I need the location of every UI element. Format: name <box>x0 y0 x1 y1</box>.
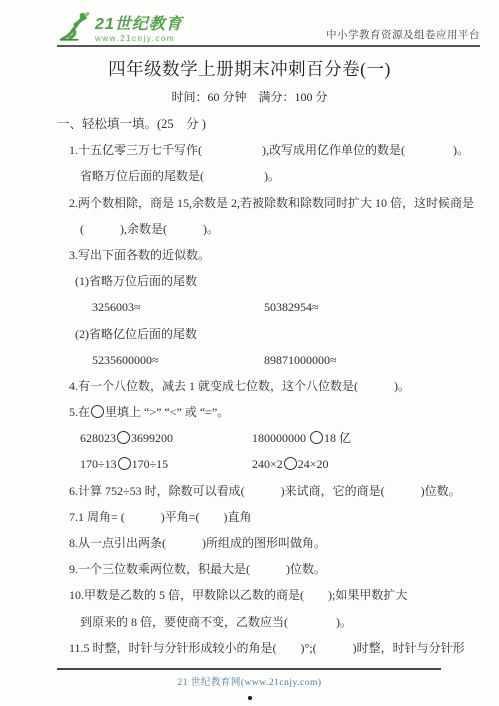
line-column: 180000000 18 亿 <box>252 431 351 445</box>
question-11: 11.5 时整，时针与分针形成较小的角是( )°;( )时整，时针与分针形 <box>57 635 485 661</box>
line-column: 4.有一个八位数，减去 1 就变成七位数，这个八位数是( )。 <box>69 379 410 393</box>
question-4: 4.有一个八位数，减去 1 就变成七位数，这个八位数是( )。 <box>57 373 485 399</box>
question-5-row2: 170÷13170÷15240×224×20 <box>57 451 485 477</box>
line-column: 240×224×20 <box>252 457 329 471</box>
brand-logo: 21世纪教育 www.21cnjy.com <box>57 10 183 44</box>
line-column: 2.两个数相除，商是 15,余数是 2,若被除数和除数同时扩大 10 倍，这时候… <box>69 196 474 210</box>
question-3-sub1: (1)省略万位后面的尾数 <box>57 268 485 294</box>
comparison-circle <box>310 431 323 444</box>
line-column: 7.1 周角= ( )平角=( )直角 <box>69 510 252 524</box>
line-column: (1)省略万位后面的尾数 <box>75 274 197 288</box>
line-column: 50382954≈ <box>264 300 319 314</box>
line-column: 8.从一点引出两条( )所组成的图形叫做角。 <box>69 536 326 550</box>
question-list: 一、轻松填一填。(25 分 )1.十五亿零三万七千写作( ),改写成用亿作单位的… <box>57 111 485 661</box>
line-column: 1.十五亿零三万七千写作( ),改写成用亿作单位的数是( )。 <box>69 143 469 157</box>
question-7: 7.1 周角= ( )平角=( )直角 <box>57 504 485 530</box>
question-10: 10.甲数是乙数的 5 倍，甲数除以乙数的商是( );如果甲数扩大 <box>57 582 485 608</box>
question-1-cont: 省略万位后面的尾数是( )。 <box>57 163 485 189</box>
platform-text: 中小学教育资源及组卷应用平台 <box>326 27 480 42</box>
footer-divider <box>57 668 441 670</box>
line-column: (2)省略亿位后面的尾数 <box>75 327 197 341</box>
brand-text-block: 21世纪教育 www.21cnjy.com <box>95 17 183 44</box>
exam-title: 四年级数学上册期末冲刺百分卷(一) <box>0 56 499 81</box>
comparison-circle <box>91 405 104 418</box>
line-column: 6.计算 752÷53 时，除数可以看成( )来试商，它的商是( )位数。 <box>69 484 461 498</box>
page-header: 21世纪教育 www.21cnjy.com 中小学教育资源及组卷应用平台 <box>57 9 480 47</box>
question-2: 2.两个数相除，商是 15,余数是 2,若被除数和除数同时扩大 10 倍，这时候… <box>57 190 485 216</box>
line-column: 5.在里填上 “>” “<” 或 “=”。 <box>69 405 229 419</box>
section-heading: 一、轻松填一填。(25 分 ) <box>57 111 485 137</box>
line-column: 11.5 时整，时针与分针形成较小的角是( )°;( )时整，时针与分针形 <box>69 641 465 655</box>
question-10-cont: 到原来的 8 倍，要使商不变，乙数应当( )。 <box>57 609 485 635</box>
line-column: ( ),余数是( )。 <box>80 222 219 236</box>
line-column: 89871000000≈ <box>264 353 337 367</box>
question-9: 9.一个三位数乘两位数，积最大是( )位数。 <box>57 556 485 582</box>
line-column: 9.一个三位数乘两位数，积最大是( )位数。 <box>69 562 326 576</box>
question-3-sub2: (2)省略亿位后面的尾数 <box>57 321 485 347</box>
line-column: 3.写出下面各数的近似数。 <box>69 248 210 262</box>
line-column: 3256003≈ <box>92 294 264 320</box>
runner-icon <box>57 10 93 44</box>
question-3-pair1: 3256003≈50382954≈ <box>57 294 485 320</box>
comparison-circle <box>284 457 297 470</box>
brand-name: 21世纪教育 <box>95 17 183 33</box>
brand-url: www.21cnjy.com <box>95 35 183 43</box>
line-column: 一、轻松填一填。(25 分 ) <box>57 117 206 131</box>
line-column: 10.甲数是乙数的 5 倍，甲数除以乙数的商是( );如果甲数扩大 <box>69 588 407 602</box>
exam-paper-page: 21世纪教育 www.21cnjy.com 中小学教育资源及组卷应用平台 四年级… <box>0 0 499 706</box>
line-column: 170÷13170÷15 <box>80 451 252 477</box>
line-column: 到原来的 8 倍，要使商不变，乙数应当( )。 <box>80 615 352 629</box>
line-column: 6280233699200 <box>80 425 252 451</box>
comparison-circle <box>117 431 130 444</box>
question-3-pair2: 5235600000≈89871000000≈ <box>57 347 485 373</box>
comparison-circle <box>118 457 131 470</box>
question-1: 1.十五亿零三万七千写作( ),改写成用亿作单位的数是( )。 <box>57 137 485 163</box>
question-6: 6.计算 752÷53 时，除数可以看成( )来试商，它的商是( )位数。 <box>57 478 485 504</box>
footer-site-text: 21 世纪教育网(www.21cnjy.com) <box>0 674 499 688</box>
page-dot-mark <box>248 696 252 700</box>
question-2-cont: ( ),余数是( )。 <box>57 216 485 242</box>
question-5-row1: 6280233699200180000000 18 亿 <box>57 425 485 451</box>
question-8: 8.从一点引出两条( )所组成的图形叫做角。 <box>57 530 485 556</box>
question-5: 5.在里填上 “>” “<” 或 “=”。 <box>57 399 485 425</box>
exam-meta: 时间：60 分钟 满分：100 分 <box>0 88 499 105</box>
question-3: 3.写出下面各数的近似数。 <box>57 242 485 268</box>
line-column: 5235600000≈ <box>92 347 264 373</box>
line-column: 省略万位后面的尾数是( )。 <box>80 169 280 183</box>
